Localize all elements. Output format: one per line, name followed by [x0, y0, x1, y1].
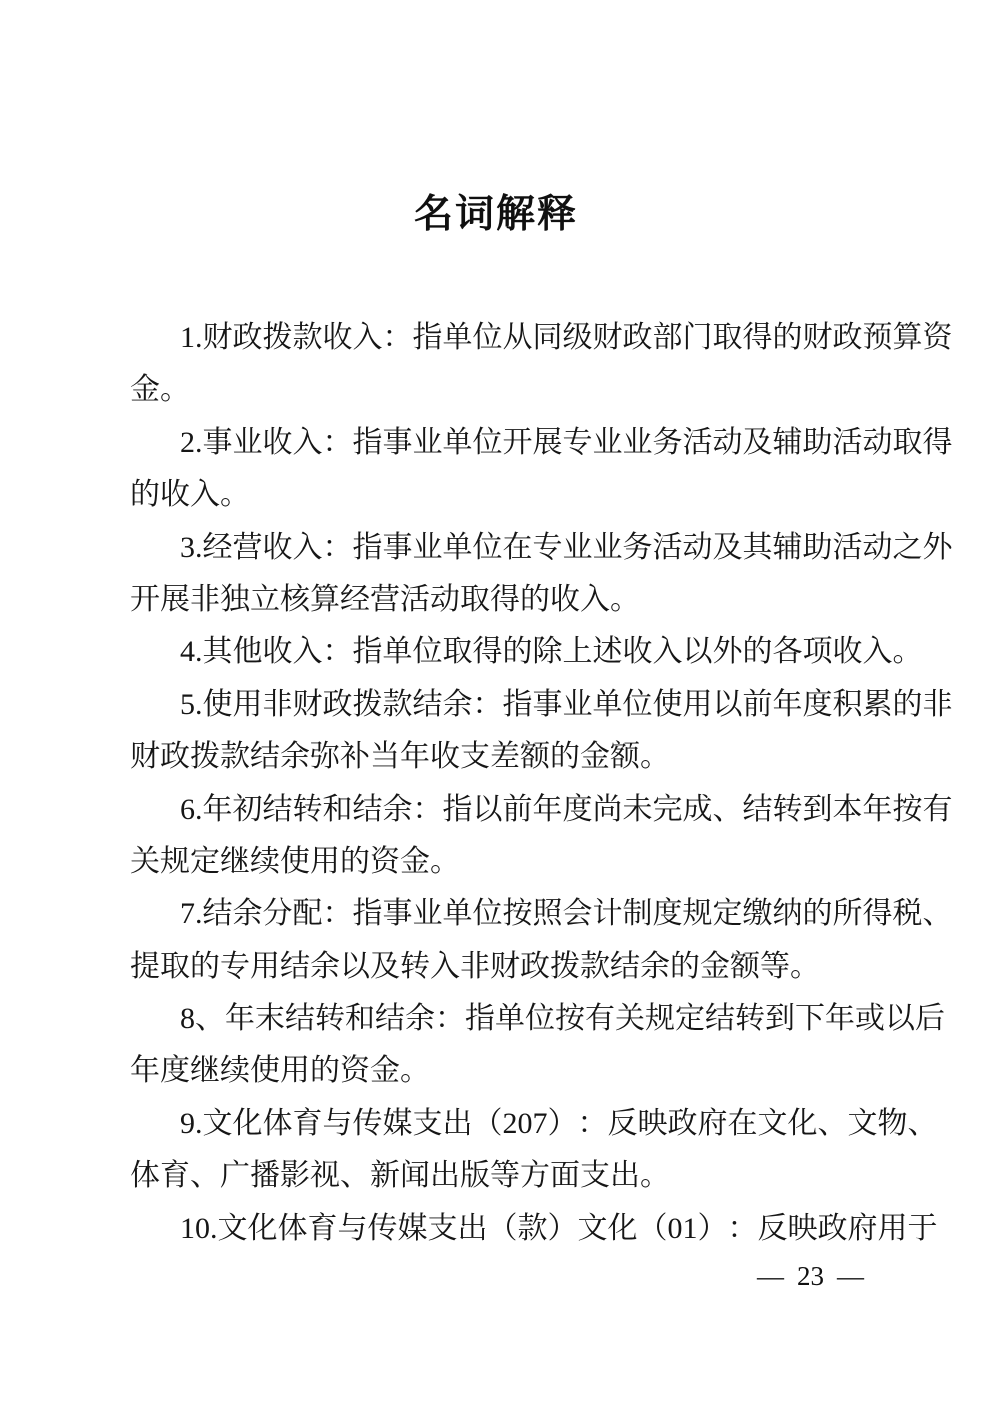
- footer-dash-left: —: [757, 1261, 784, 1292]
- page-title: 名词解释: [0, 183, 992, 239]
- page-footer: — 23 —: [757, 1261, 864, 1292]
- text-line: 体育、广播影视、新闻出版等方面支出。: [130, 1150, 890, 1202]
- text-line: 5.使用非财政拨款结余：指事业单位使用以前年度积累的非: [130, 679, 890, 731]
- text-line: 10.文化体育与传媒支出（款）文化（01）：反映政府用于: [130, 1203, 890, 1255]
- text-line: 6.年初结转和结余：指以前年度尚未完成、结转到本年按有: [130, 784, 890, 836]
- text-line: 2.事业收入：指事业单位开展专业业务活动及辅助活动取得: [130, 417, 890, 469]
- text-line: 的收入。: [130, 469, 890, 521]
- text-line: 关规定继续使用的资金。: [130, 836, 890, 888]
- document-page: 名词解释 1.财政拨款收入：指单位从同级财政部门取得的财政预算资金。2.事业收入…: [0, 0, 992, 1403]
- text-line: 4.其他收入：指单位取得的除上述收入以外的各项收入。: [130, 626, 890, 678]
- text-line: 8、年末结转和结余：指单位按有关规定结转到下年或以后: [130, 993, 890, 1045]
- text-line: 开展非独立核算经营活动取得的收入。: [130, 574, 890, 626]
- text-line: 7.结余分配：指事业单位按照会计制度规定缴纳的所得税、: [130, 888, 890, 940]
- body-text: 1.财政拨款收入：指单位从同级财政部门取得的财政预算资金。2.事业收入：指事业单…: [130, 312, 890, 1255]
- text-line: 金。: [130, 364, 890, 416]
- text-line: 年度继续使用的资金。: [130, 1045, 890, 1097]
- footer-dash-right: —: [837, 1261, 864, 1292]
- text-line: 1.财政拨款收入：指单位从同级财政部门取得的财政预算资: [130, 312, 890, 364]
- page-number: 23: [797, 1261, 824, 1292]
- text-line: 3.经营收入：指事业单位在专业业务活动及其辅助活动之外: [130, 522, 890, 574]
- text-line: 提取的专用结余以及转入非财政拨款结余的金额等。: [130, 941, 890, 993]
- text-line: 财政拨款结余弥补当年收支差额的金额。: [130, 731, 890, 783]
- text-line: 9.文化体育与传媒支出（207）：反映政府在文化、文物、: [130, 1098, 890, 1150]
